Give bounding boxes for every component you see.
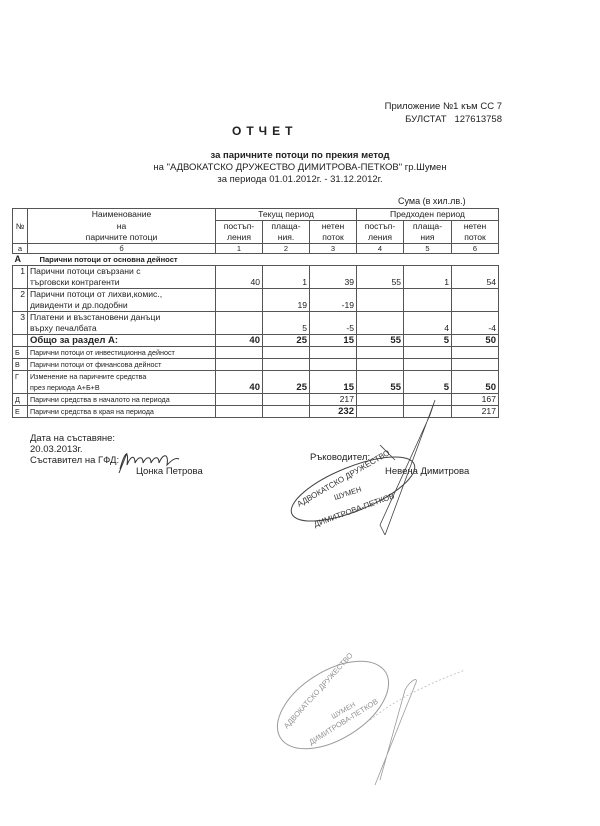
header-row-3: паричните потоци ления ния. поток ления … bbox=[13, 232, 499, 244]
section-letter: Б bbox=[13, 347, 28, 359]
row-label: Общо за раздел А: bbox=[28, 335, 216, 347]
section-letter: Г bbox=[13, 371, 28, 394]
value-cell bbox=[216, 406, 263, 418]
row-label: Парични потоци от инвестиционна дейност bbox=[28, 347, 216, 359]
total-a-row: Общо за раздел А: 40 25 15 55 5 50 bbox=[13, 335, 499, 347]
section-letter: А bbox=[13, 254, 28, 266]
section-letter: В bbox=[13, 359, 28, 371]
subcol-header: нетен bbox=[310, 221, 357, 233]
value-cell: 167 bbox=[452, 394, 499, 406]
index-cell: 2 bbox=[263, 244, 310, 254]
date-label: Дата на съставяне: bbox=[30, 433, 115, 444]
date-value: 20.03.2013г. bbox=[30, 444, 83, 455]
subcol-header: постъп- bbox=[216, 221, 263, 233]
table-row: търговски контрагенти4013955154 bbox=[13, 277, 499, 289]
table-row: 2Парични потоци от лихви,комис., bbox=[13, 289, 499, 301]
subcol-header: поток bbox=[310, 232, 357, 244]
row-label: Платени и възстановени данъци bbox=[28, 312, 216, 324]
table-row: дивиденти и др.подобни19-19 bbox=[13, 300, 499, 312]
stamp-lower-text-3: ДИМИТРОВА-ПЕТКОВ bbox=[307, 697, 379, 747]
value-cell: 50 bbox=[452, 382, 499, 394]
value-cell: -4 bbox=[452, 323, 499, 335]
subcol-header: плаща- bbox=[404, 221, 452, 233]
bulstat-value: 127613758 bbox=[454, 114, 502, 125]
section-letter: Д bbox=[13, 394, 28, 406]
previous-period-header: Предходен период bbox=[357, 209, 499, 221]
value-cell: 15 bbox=[310, 335, 357, 347]
value-cell: 55 bbox=[357, 277, 404, 289]
index-cell: 6 bbox=[452, 244, 499, 254]
value-cell: -5 bbox=[310, 323, 357, 335]
value-cell: 39 bbox=[310, 277, 357, 289]
value-cell: 40 bbox=[216, 382, 263, 394]
section-label: Парични потоци от основна дейност bbox=[28, 254, 499, 266]
value-cell: -19 bbox=[310, 300, 357, 312]
index-cell: а bbox=[13, 244, 28, 254]
row-label: Парични потоци от финансова дейност bbox=[28, 359, 216, 371]
section-letter: Е bbox=[13, 406, 28, 418]
row-label: Парични средства в края на периода bbox=[28, 406, 216, 418]
subcol-header: нетен bbox=[452, 221, 499, 233]
value-cell: 40 bbox=[216, 335, 263, 347]
value-cell bbox=[452, 300, 499, 312]
compiler-label: Съставител на ГФД: bbox=[30, 455, 119, 466]
index-cell: 5 bbox=[404, 244, 452, 254]
header-row-1: № Наименование Текущ период Предходен пе… bbox=[13, 209, 499, 221]
subcol-header: ления bbox=[357, 232, 404, 244]
value-cell: 4 bbox=[404, 323, 452, 335]
company-stamp-icon: АДВОКАТСКО ДРУЖЕСТВО ШУМЕН ДИМИТРОВА-ПЕТ… bbox=[285, 385, 455, 535]
value-cell: 55 bbox=[357, 335, 404, 347]
subcol-header: ния bbox=[404, 232, 452, 244]
compiler-signature-icon bbox=[115, 447, 185, 477]
col-no-header: № bbox=[13, 209, 28, 244]
col-name-header-3: паричните потоци bbox=[28, 232, 216, 244]
value-cell bbox=[357, 300, 404, 312]
current-period-header: Текущ период bbox=[216, 209, 357, 221]
value-cell bbox=[357, 323, 404, 335]
value-cell bbox=[216, 394, 263, 406]
table-row: 1Парични потоци свързани с bbox=[13, 266, 499, 278]
row-label: върху печалбата bbox=[28, 323, 216, 335]
table-row: 3Платени и възстановени данъци bbox=[13, 312, 499, 324]
value-cell: 50 bbox=[452, 335, 499, 347]
value-cell: 19 bbox=[263, 300, 310, 312]
report-subtitle-method: за паричните потоци по прекия метод bbox=[0, 150, 600, 162]
section-v-row: В Парични потоци от финансова дейност bbox=[13, 359, 499, 371]
section-b-row: Б Парични потоци от инвестиционна дейнос… bbox=[13, 347, 499, 359]
row-label: Парични потоци свързани с bbox=[28, 266, 216, 278]
value-cell: 5 bbox=[404, 335, 452, 347]
index-cell: б bbox=[28, 244, 216, 254]
index-cell: 3 bbox=[310, 244, 357, 254]
value-cell bbox=[404, 300, 452, 312]
col-name-header-1: Наименование bbox=[28, 209, 216, 221]
row-label: Парични потоци от лихви,комис., bbox=[28, 289, 216, 301]
value-cell: 1 bbox=[404, 277, 452, 289]
report-subtitle-company: на "АДВОКАТСКО ДРУЖЕСТВО ДИМИТРОВА-ПЕТКО… bbox=[0, 162, 600, 174]
subcol-header: ния. bbox=[263, 232, 310, 244]
report-subtitle-period: за периода 01.01.2012г. - 31.12.2012г. bbox=[0, 174, 600, 186]
section-a-header: А Парични потоци от основна дейност bbox=[13, 254, 499, 266]
table-row: върху печалбата5-54-4 bbox=[13, 323, 499, 335]
row-label: Изменение на паричните средства bbox=[28, 371, 216, 383]
row-number: 3 bbox=[13, 312, 28, 335]
subcol-header: плаща- bbox=[263, 221, 310, 233]
bulstat-label: БУЛСТАТ bbox=[405, 114, 446, 125]
units-note: Сума (в хил.лв.) bbox=[398, 196, 466, 206]
row-number: 1 bbox=[13, 266, 28, 289]
row-label: търговски контрагенти bbox=[28, 277, 216, 289]
value-cell: 1 bbox=[263, 277, 310, 289]
value-cell: 217 bbox=[452, 406, 499, 418]
index-row: а б 1 2 3 4 5 6 bbox=[13, 244, 499, 254]
subcol-header: постъп- bbox=[357, 221, 404, 233]
value-cell: 5 bbox=[263, 323, 310, 335]
bulstat: БУЛСТАТ 127613758 bbox=[405, 114, 502, 126]
row-label: дивиденти и др.подобни bbox=[28, 300, 216, 312]
subcol-header: ления bbox=[216, 232, 263, 244]
col-name-header-2: на bbox=[28, 221, 216, 233]
stamp-text-3: ДИМИТРОВА-ПЕТКОВ bbox=[313, 491, 396, 529]
row-label: през периода А+Б+В bbox=[28, 382, 216, 394]
value-cell: 54 bbox=[452, 277, 499, 289]
company-stamp-lower-icon: АДВОКАТСКО ДРУЖЕСТВО ШУМЕН ДИМИТРОВА-ПЕТ… bbox=[275, 645, 490, 795]
row-number: 2 bbox=[13, 289, 28, 312]
subcol-header: поток bbox=[452, 232, 499, 244]
index-cell: 4 bbox=[357, 244, 404, 254]
value-cell bbox=[216, 323, 263, 335]
section-g-row-1: Г Изменение на паричните средства bbox=[13, 371, 499, 383]
index-cell: 1 bbox=[216, 244, 263, 254]
value-cell: 40 bbox=[216, 277, 263, 289]
appendix-note: Приложение №1 към СС 7 bbox=[385, 101, 502, 113]
value-cell: 25 bbox=[263, 335, 310, 347]
report-title: ОТЧЕТ bbox=[232, 124, 297, 138]
header-row-2: на постъп- плаща- нетен постъп- плаща- н… bbox=[13, 221, 499, 233]
value-cell bbox=[216, 300, 263, 312]
row-label: Парични средства в началото на периода bbox=[28, 394, 216, 406]
